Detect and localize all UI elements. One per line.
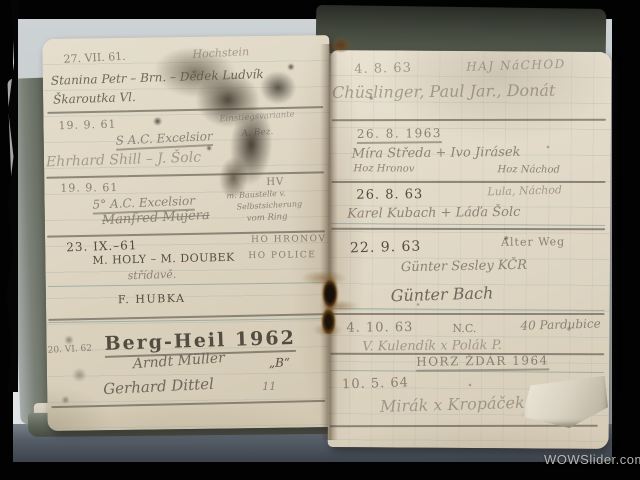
watermark-label: WOWSlider.com (544, 452, 640, 467)
entry-names: Chüslinger, Paul Jar., Donát (332, 81, 555, 102)
entry-date: 27. VII. 61. (63, 50, 126, 66)
entry-date: 26. 8. 1963 (357, 126, 442, 144)
entry-route: S A.C. Excelsior (115, 129, 213, 151)
entry-date: 4. 8. 63 (354, 61, 412, 78)
entry-club: HO POLICE (248, 250, 316, 261)
entry-divider (332, 119, 606, 121)
torn-page-edge (0, 0, 18, 392)
entry-divider (331, 313, 605, 315)
entry-corner-note: HV (266, 177, 284, 188)
entry-route: Hochstein (192, 45, 249, 61)
entry-signature-mark: 11 (262, 380, 276, 393)
entry-signature: Gerhard Dittel (103, 375, 214, 398)
entry-names: Karel Kubach + Láďa Šolc (347, 205, 520, 222)
entry-date: 26. 8. 63 (356, 187, 423, 203)
entry-date: 19. 9. 61 (58, 117, 116, 132)
entry-date: 22. 9. 63 (350, 238, 422, 256)
entry-belay-note: m. Baustelle v. (226, 189, 285, 201)
entry-member: Škaroutka Vl. (53, 90, 136, 107)
entry-divider (331, 228, 605, 230)
binding-seam-shadow (320, 44, 338, 440)
entry-route: Alter Weg (501, 235, 565, 249)
entry-club: Hoz Hronov (354, 163, 415, 174)
photo-of-summit-register: 27. VII. 61. Hochstein Stanina Petr – Br… (0, 0, 640, 480)
ruling-line (48, 282, 326, 287)
entry-date: 10. 5. 64 (342, 375, 409, 392)
entry-names: Ehrhard Shill – J. Šolc (46, 149, 202, 170)
entry-date: 23. IX.–61 (66, 238, 138, 254)
entry-place: Lula, Náchod (487, 183, 562, 198)
ruling-line (331, 223, 605, 226)
entry-heading: HORZ ŽDÁR 1964 (416, 353, 549, 371)
entry-date: 20. VI. 62 (47, 344, 92, 356)
ruling-line (331, 308, 605, 311)
entry-variant-note: Einstiegsvariante (219, 110, 295, 125)
entry-club: HAJ NáCHOD (466, 57, 566, 74)
entry-bez-note: A. Bez. (241, 127, 273, 139)
entry-signature-mark: „B“ (269, 356, 290, 370)
ruling-line (330, 370, 604, 373)
entry-names: Stanina Petr – Brn. – Dědek Ludvík (51, 67, 264, 88)
entry-signature: Günter Bach (390, 283, 493, 305)
entry-club: Hoz Náchod (498, 164, 560, 175)
entry-date: 19. 9. 61 (60, 181, 118, 195)
entry-names: Míra Středa + Ivo Jirásek (352, 145, 521, 162)
entry-names: Günter Sesley KČR (401, 258, 527, 275)
entry-extra-name: F. HUBKA (118, 292, 186, 307)
notebook-cover-top-edge (316, 5, 607, 57)
entry-belay-note: vom Ring (247, 212, 288, 224)
entry-divider (331, 181, 605, 183)
entry-club: N.C. (452, 322, 476, 335)
entry-club-city: 40 Pardubice (520, 317, 601, 333)
entry-style-note: střídavě. (127, 268, 176, 283)
entry-club: HO HRONOV (251, 234, 326, 245)
entry-names: Mirák x Kropáček (380, 393, 525, 416)
entry-belay-note: Selbstsicherung (236, 199, 302, 211)
notebook-page-left: 27. VII. 61. Hochstein Stanina Petr – Br… (42, 35, 334, 431)
entry-date: 4. 10. 63 (346, 320, 413, 336)
entry-divider (51, 400, 325, 408)
entry-names: M. HOLY – M. DOUBEK (92, 251, 235, 267)
